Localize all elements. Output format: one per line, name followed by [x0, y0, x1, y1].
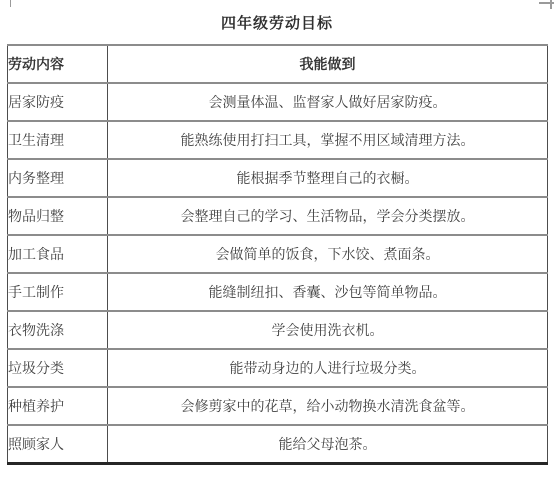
row-label-cell: 照顾家人: [8, 425, 108, 464]
row-goal-cell: 学会使用洗衣机。: [108, 311, 548, 349]
row-goal-cell: 会做简单的饭食，下水饺、煮面条。: [108, 235, 548, 273]
table-row: 垃圾分类 能带动身边的人进行垃圾分类。: [8, 349, 548, 387]
table-row: 内务整理 能根据季节整理自己的衣橱。: [8, 159, 548, 197]
table-row: 种植养护 会修剪家中的花草，给小动物换水清洗食盆等。: [8, 387, 548, 425]
table-row: 物品归整 会整理自己的学习、生活物品，学会分类摆放。: [8, 197, 548, 235]
row-label-cell: 衣物洗涤: [8, 311, 108, 349]
table-row: 照顾家人 能给父母泡茶。: [8, 425, 548, 464]
table-header-row: 劳动内容 我能做到: [8, 45, 548, 83]
row-goal-cell: 会修剪家中的花草，给小动物换水清洗食盆等。: [108, 387, 548, 425]
table-row: 卫生清理 能熟练使用打扫工具，掌握不用区域清理方法。: [8, 121, 548, 159]
header-labor-content: 劳动内容: [8, 45, 108, 83]
row-label-cell: 手工制作: [8, 273, 108, 311]
row-goal-cell: 会整理自己的学习、生活物品，学会分类摆放。: [108, 197, 548, 235]
crop-artifact-top-right-vertical: [550, 0, 552, 9]
table-row: 手工制作 能缝制纽扣、香囊、沙包等简单物品。: [8, 273, 548, 311]
row-goal-cell: 能根据季节整理自己的衣橱。: [108, 159, 548, 197]
row-goal-cell: 会测量体温、监督家人做好居家防疫。: [108, 83, 548, 121]
row-goal-cell: 能给父母泡茶。: [108, 425, 548, 464]
row-label-cell: 垃圾分类: [8, 349, 108, 387]
row-label-cell: 内务整理: [8, 159, 108, 197]
crop-artifact-top-left: [10, 0, 11, 7]
document-page: 四年级劳动目标 劳动内容 我能做到 居家防疫 会测量体温、监督家人做好居家防疫。…: [0, 0, 554, 494]
row-goal-cell: 能缝制纽扣、香囊、沙包等简单物品。: [108, 273, 548, 311]
table-row: 衣物洗涤 学会使用洗衣机。: [8, 311, 548, 349]
row-label-cell: 加工食品: [8, 235, 108, 273]
table-row: 居家防疫 会测量体温、监督家人做好居家防疫。: [8, 83, 548, 121]
row-label-cell: 物品归整: [8, 197, 108, 235]
labor-goals-table: 劳动内容 我能做到 居家防疫 会测量体温、监督家人做好居家防疫。 卫生清理 能熟…: [7, 44, 548, 465]
row-label-cell: 种植养护: [8, 387, 108, 425]
row-goal-cell: 能熟练使用打扫工具，掌握不用区域清理方法。: [108, 121, 548, 159]
row-label-cell: 卫生清理: [8, 121, 108, 159]
table-row: 加工食品 会做简单的饭食，下水饺、煮面条。: [8, 235, 548, 273]
page-title: 四年级劳动目标: [0, 12, 554, 33]
row-label-cell: 居家防疫: [8, 83, 108, 121]
header-i-can-do: 我能做到: [108, 45, 548, 83]
row-goal-cell: 能带动身边的人进行垃圾分类。: [108, 349, 548, 387]
